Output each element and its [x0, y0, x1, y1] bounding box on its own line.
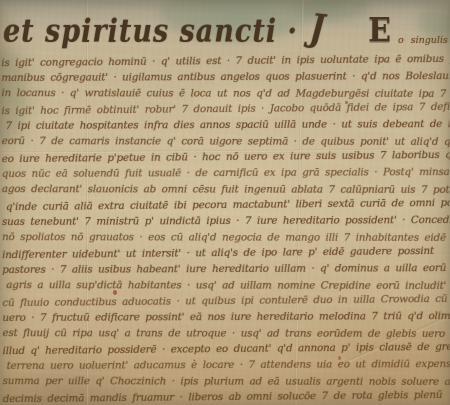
manuscript-line: terrena uero uoluerint' aducamus è locar…: [3, 356, 450, 374]
drop-initial: E: [368, 12, 391, 51]
scribal-monogram: J: [308, 6, 327, 51]
manuscript-line: suas tenebunt' 7 ministrū p' uindictā ip…: [2, 212, 450, 230]
manuscript-line: manibus cōgregauit' · uigilamus antibus …: [1, 68, 449, 86]
invocation-text: et spiritus sancti ·: [3, 13, 298, 50]
manuscript-line: quos nūc eā soluendū fuit usualē · de ca…: [2, 164, 450, 182]
manuscript-line: uero · 7 fructuū edificare possint' eā n…: [2, 308, 450, 326]
manuscript-body: is igit' congregacio hominū · q' utilis …: [1, 52, 450, 405]
manuscript-line: decimis decimā mandis fruamur · liberos …: [3, 387, 450, 405]
manuscript-line: 7 ipi ciuitate hospitantes infra dies an…: [2, 116, 450, 134]
parchment-document: et spiritus sancti · J E o singulis visu…: [0, 0, 450, 405]
opening-line: o singulis visuris noticie 7 testib; sua…: [398, 35, 450, 50]
manuscript-line: pastores · 7 aliis usibus habeant' iure …: [2, 260, 450, 278]
charter-header-line: et spiritus sancti · J E o singulis visu…: [3, 6, 450, 50]
